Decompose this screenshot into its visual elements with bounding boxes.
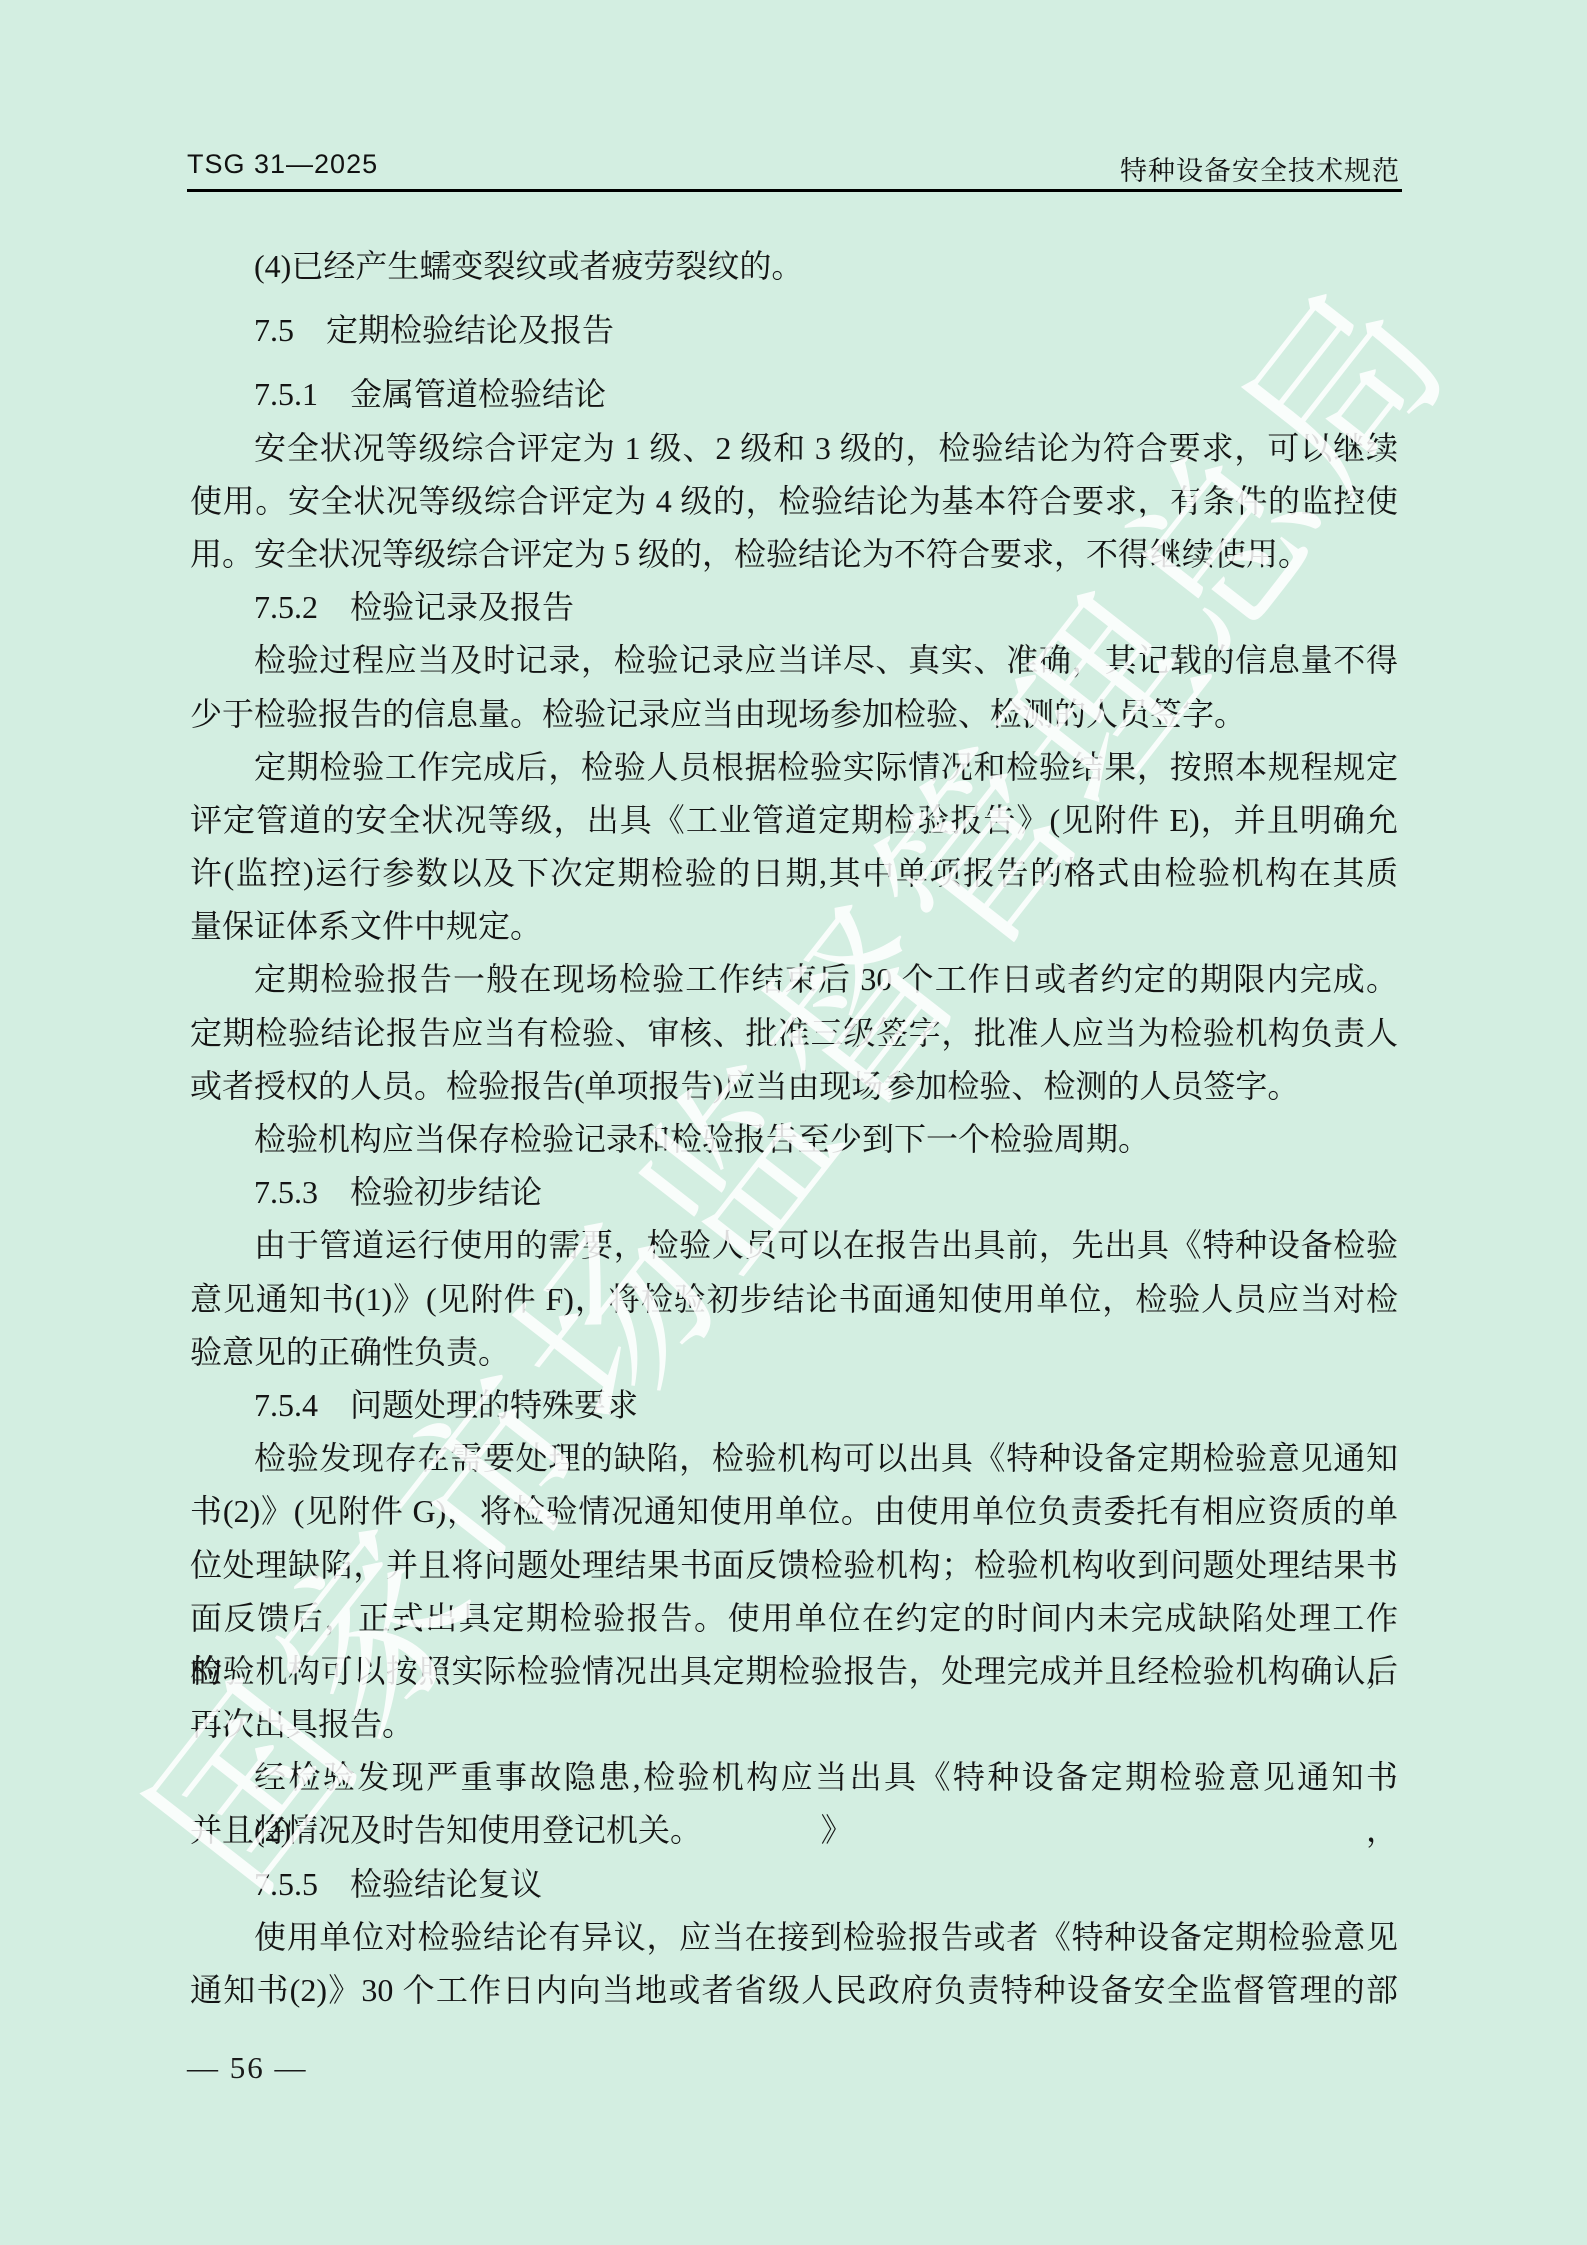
- text-line: 由于管道运行使用的需要，检验人员可以在报告出具前，先出具《特种设备检验: [190, 1219, 1398, 1272]
- header-doc-code: TSG 31—2025: [187, 149, 378, 180]
- document-page: TSG 31—2025 特种设备安全技术规范 (4)已经产生蠕变裂纹或者疲劳裂纹…: [0, 0, 1587, 2245]
- text-line: (4)已经产生蠕变裂纹或者疲劳裂纹的。: [190, 240, 1398, 293]
- text-line: 使用。安全状况等级综合评定为 4 级的，检验结论为基本符合要求，有条件的监控使: [190, 475, 1398, 528]
- text-line: 书(2)》(见附件 G)，将检验情况通知使用单位。由使用单位负责委托有相应资质的…: [190, 1485, 1398, 1538]
- header-rule: [187, 189, 1402, 192]
- text-line: 位处理缺陷，并且将问题处理结果书面反馈检验机构；检验机构收到问题处理结果书: [190, 1539, 1398, 1592]
- page-number: — 56 —: [187, 2050, 308, 2086]
- section-heading: 7.5.5 检验结论复议: [190, 1858, 1398, 1911]
- text-line: 检验发现存在需要处理的缺陷，检验机构可以出具《特种设备定期检验意见通知: [190, 1432, 1398, 1485]
- text-line: 通知书(2)》30 个工作日内向当地或者省级人民政府负责特种设备安全监督管理的部: [190, 1964, 1398, 2017]
- text-line: 用。安全状况等级综合评定为 5 级的，检验结论为不符合要求，不得继续使用。: [190, 528, 1398, 581]
- section-heading: 7.5.4 问题处理的特殊要求: [190, 1379, 1398, 1432]
- body-text: (4)已经产生蠕变裂纹或者疲劳裂纹的。7.5 定期检验结论及报告7.5.1 金属…: [190, 240, 1398, 2017]
- text-line: 面反馈后，正式出具定期检验报告。使用单位在约定的时间内未完成缺陷处理工作的，: [190, 1592, 1398, 1645]
- text-line: 再次出具报告。: [190, 1698, 1398, 1751]
- text-line: 少于检验报告的信息量。检验记录应当由现场参加检验、检测的人员签字。: [190, 688, 1398, 741]
- section-heading: 7.5 定期检验结论及报告: [190, 304, 1398, 357]
- text-line: 意见通知书(1)》(见附件 F)，将检验初步结论书面通知使用单位，检验人员应当对…: [190, 1273, 1398, 1326]
- section-heading: 7.5.3 检验初步结论: [190, 1166, 1398, 1219]
- text-line: 检验机构可以按照实际检验情况出具定期检验报告，处理完成并且经检验机构确认后: [190, 1645, 1398, 1698]
- text-line: 或者授权的人员。检验报告(单项报告)应当由现场参加检验、检测的人员签字。: [190, 1060, 1398, 1113]
- text-line: 许(监控)运行参数以及下次定期检验的日期,其中单项报告的格式由检验机构在其质: [190, 847, 1398, 900]
- section-heading: 7.5.1 金属管道检验结论: [190, 368, 1398, 421]
- text-line: 量保证体系文件中规定。: [190, 900, 1398, 953]
- text-line: 评定管道的安全状况等级，出具《工业管道定期检验报告》(见附件 E)，并且明确允: [190, 794, 1398, 847]
- text-line: 安全状况等级综合评定为 1 级、2 级和 3 级的，检验结论为符合要求，可以继续: [190, 422, 1398, 475]
- text-line: 定期检验报告一般在现场检验工作结束后 30 个工作日或者约定的期限内完成。: [190, 953, 1398, 1006]
- text-line: 经检验发现严重事故隐患,检验机构应当出具《特种设备定期检验意见通知书(2)》，: [190, 1751, 1398, 1804]
- text-line: 使用单位对检验结论有异议，应当在接到检验报告或者《特种设备定期检验意见: [190, 1911, 1398, 1964]
- section-heading: 7.5.2 检验记录及报告: [190, 581, 1398, 634]
- text-line: 定期检验结论报告应当有检验、审核、批准三级签字，批准人应当为检验机构负责人: [190, 1007, 1398, 1060]
- text-line: 验意见的正确性负责。: [190, 1326, 1398, 1379]
- text-line: 定期检验工作完成后，检验人员根据检验实际情况和检验结果，按照本规程规定: [190, 741, 1398, 794]
- text-line: 检验过程应当及时记录，检验记录应当详尽、真实、准确，其记载的信息量不得: [190, 634, 1398, 687]
- header-title: 特种设备安全技术规范: [1120, 149, 1400, 188]
- text-line: 检验机构应当保存检验记录和检验报告至少到下一个检验周期。: [190, 1113, 1398, 1166]
